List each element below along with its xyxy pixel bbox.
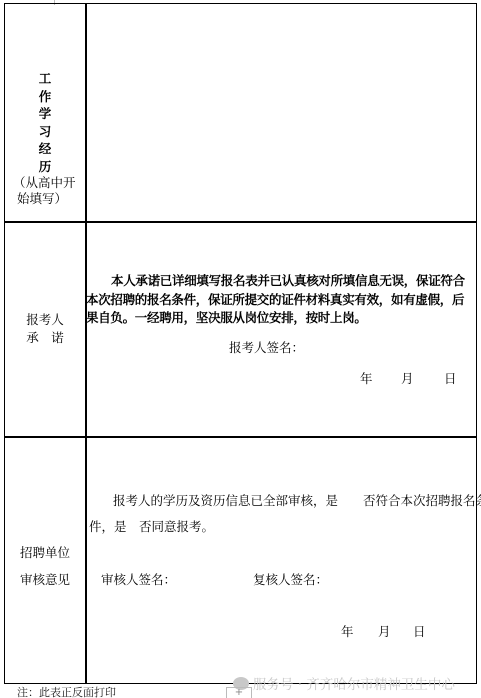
review-statement-line1: 报考人的学历及资历信息已全部审核，是 否符合本次招聘报名条 — [113, 491, 481, 509]
rechecker-signature-label: 复核人签名： — [253, 570, 328, 588]
work-study-history-field[interactable] — [87, 4, 476, 220]
review-statement-line2: 件，是 否同意报考。 — [89, 517, 214, 535]
pledge-text: 本人承诺已详细填写报名表并已认真核对所填信息无误，保证符合本次招聘的报名条件，保… — [86, 272, 475, 328]
label-char: 作 — [5, 88, 85, 106]
reviewer-signature-label: 审核人签名： — [101, 570, 176, 588]
add-tab-button[interactable]: + — [226, 687, 252, 698]
review-date-month: 月 — [378, 622, 391, 640]
label-char: 习 — [5, 123, 85, 141]
row-divider — [5, 436, 476, 438]
pledge-date-day: 日 — [444, 369, 457, 387]
review-date-year: 年 — [341, 622, 354, 640]
row-divider — [5, 221, 476, 223]
applicant-signature-label: 报考人签名： — [229, 338, 304, 356]
label-sub: （从高中开 — [5, 175, 85, 191]
label-char: 历 — [5, 158, 85, 176]
pledge-date-month: 月 — [401, 369, 414, 387]
label-char: 经 — [5, 140, 85, 158]
label-char: 学 — [5, 105, 85, 123]
employer-review-label-line2: 审核意见 — [5, 570, 85, 588]
label-line: 报考人 — [5, 311, 85, 329]
employer-review-label-line1: 招聘单位 — [5, 543, 85, 561]
applicant-pledge-label: 报考人 承 诺 — [5, 311, 85, 347]
print-note: 注：此表正反面打印 — [17, 684, 116, 698]
watermark: 服务号 · 齐齐哈尔市精神卫生中心 — [233, 673, 455, 693]
label-char: 工 — [5, 70, 85, 88]
label-line: 承 诺 — [5, 329, 85, 347]
label-sub: 始填写） — [5, 191, 85, 207]
watermark-text: 服务号 · 齐齐哈尔市精神卫生中心 — [253, 677, 455, 693]
work-study-history-label: 工 作 学 习 经 历 （从高中开 始填写） — [5, 70, 85, 207]
review-date-day: 日 — [413, 622, 426, 640]
pledge-date-year: 年 — [360, 369, 373, 387]
